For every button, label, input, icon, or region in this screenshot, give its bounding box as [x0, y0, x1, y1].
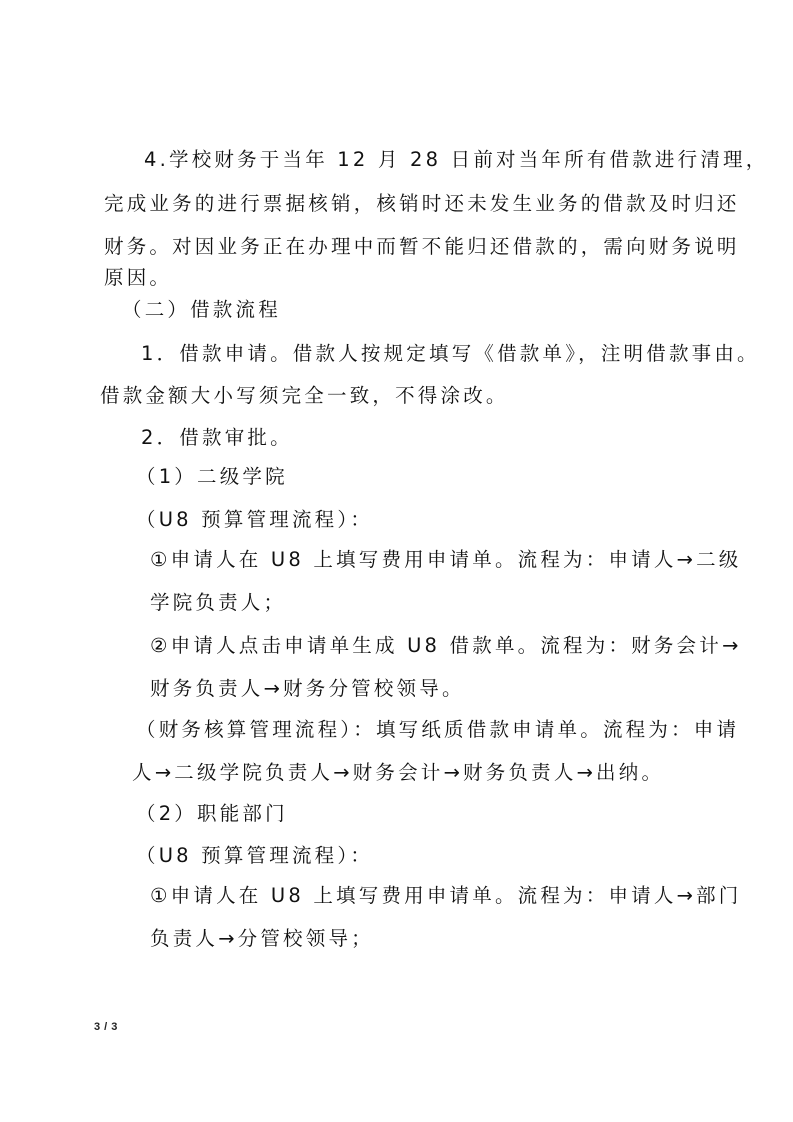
paragraph-4-line-1: 4.学校财务于当年 12 月 28 日前对当年所有借款进行清理，	[144, 148, 768, 172]
accounting-flow-line-1: （财务核算管理流程）：填写纸质借款申请单。流程为：申请	[136, 718, 739, 742]
paragraph-4-line-4: 原因。	[104, 266, 172, 290]
u8-2-item-1-line-2: 负责人→分管校领导；	[150, 927, 374, 951]
u8-1-item-2-line-2: 财务负责人→财务分管校领导。	[150, 677, 465, 701]
section-heading-loan-process: （二）借款流程	[122, 298, 281, 322]
step-2-heading: 2．借款审批。	[141, 426, 293, 450]
u8-budget-flow-label-1: （U8 预算管理流程）：	[136, 508, 373, 532]
accounting-flow-line-2: 人→二级学院负责人→财务会计→财务负责人→出纳。	[132, 761, 664, 785]
step-1-line-2: 借款金额大小写须完全一致，不得涂改。	[100, 384, 509, 408]
u8-1-item-2-line-1: ②申请人点击申请单生成 U8 借款单。流程为：财务会计→	[150, 634, 742, 658]
paragraph-4-line-2: 完成业务的进行票据核销，核销时还未发生业务的借款及时归还	[104, 192, 740, 216]
u8-1-item-1-line-1: ①申请人在 U8 上填写费用申请单。流程为：申请人→二级	[150, 548, 742, 572]
u8-budget-flow-label-2: （U8 预算管理流程）：	[136, 844, 373, 868]
paragraph-4-line-3: 财务。对因业务正在办理中而暂不能归还借款的，需向财务说明	[104, 235, 740, 259]
u8-2-item-1-line-1: ①申请人在 U8 上填写费用申请单。流程为：申请人→部门	[150, 884, 742, 908]
subsection-secondary-college: （1）二级学院	[136, 465, 288, 489]
subsection-functional-departments: （2）职能部门	[136, 802, 288, 826]
u8-1-item-1-line-2: 学院负责人；	[150, 591, 286, 615]
step-1-line-1: 1．借款申请。借款人按规定填写《借款单》，注明借款事由。	[141, 342, 760, 366]
document-page: 4.学校财务于当年 12 月 28 日前对当年所有借款进行清理， 完成业务的进行…	[0, 0, 793, 1122]
page-indicator: 3 / 3	[94, 1021, 118, 1033]
